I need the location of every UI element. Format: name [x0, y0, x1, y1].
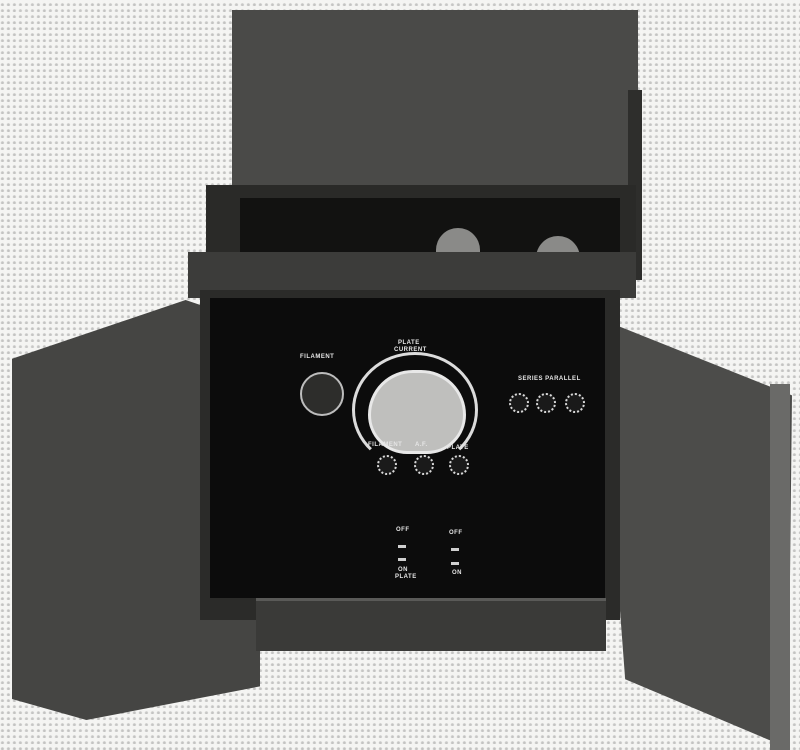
filament-label: FILAMENT — [300, 354, 334, 360]
cabinet-lid — [232, 10, 638, 188]
switch-mark — [398, 545, 406, 548]
meter-title-1: PLATE — [398, 340, 420, 346]
filament-knob — [300, 372, 344, 416]
left-switch-name: PLATE — [395, 574, 417, 580]
switch-mark — [451, 548, 459, 551]
jack-filament-label: FILAMENT — [368, 442, 402, 448]
series-parallel-label: SERIES PARALLEL — [518, 376, 581, 382]
cabinet-base — [256, 598, 606, 651]
right-switch-off: OFF — [449, 530, 463, 536]
photo-scene: FILAMENT PLATE CURRENT SERIES PARALLEL F… — [0, 0, 800, 750]
right-door-edge — [770, 384, 790, 750]
right-door — [598, 318, 792, 748]
jack — [414, 455, 434, 475]
jack — [449, 455, 469, 475]
jack-plate-label: PLATE — [447, 445, 469, 451]
left-switch-on: ON — [398, 567, 408, 573]
switch-mark — [398, 558, 406, 561]
terminal — [565, 393, 585, 413]
jack-af-label: A.F. — [415, 442, 428, 448]
left-switch-off: OFF — [396, 527, 410, 533]
switch-mark — [451, 562, 459, 565]
terminal — [536, 393, 556, 413]
terminal — [509, 393, 529, 413]
right-switch-on: ON — [452, 570, 462, 576]
jack — [377, 455, 397, 475]
